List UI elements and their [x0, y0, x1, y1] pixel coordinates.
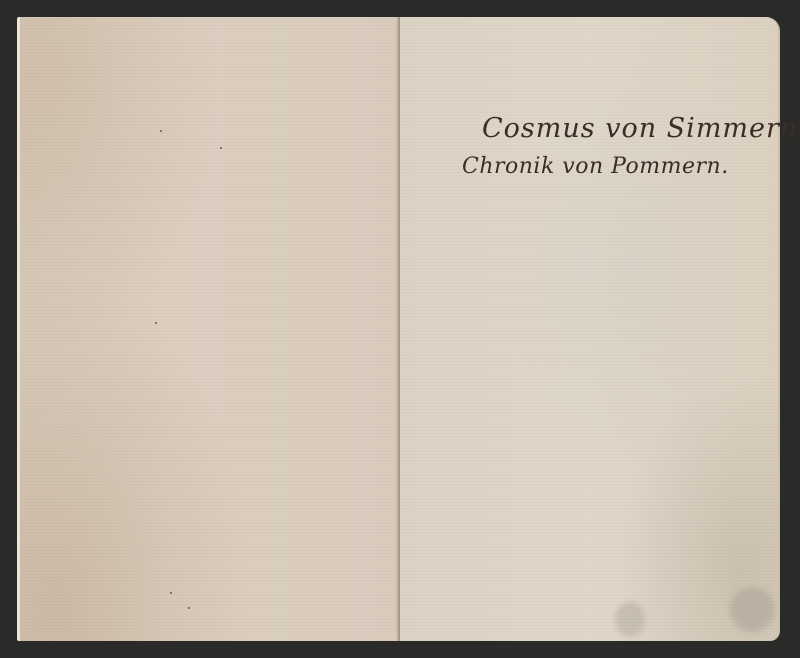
- right-page: Cosmus von Simmern Chronik von Pommern.: [400, 17, 780, 641]
- ink-speck: [160, 130, 162, 132]
- ink-speck: [220, 147, 222, 149]
- handwritten-inscription: Cosmus von Simmern Chronik von Pommern.: [462, 113, 798, 179]
- inscription-title: Chronik von Pommern.: [462, 154, 798, 179]
- open-book: Cosmus von Simmern Chronik von Pommern.: [17, 17, 780, 641]
- left-page: [17, 17, 400, 641]
- water-stain: [615, 602, 645, 637]
- ink-speck: [155, 322, 157, 324]
- inscription-author: Cosmus von Simmern: [482, 113, 798, 144]
- ink-speck: [170, 592, 172, 594]
- water-stain: [730, 587, 775, 632]
- ink-speck: [188, 607, 190, 609]
